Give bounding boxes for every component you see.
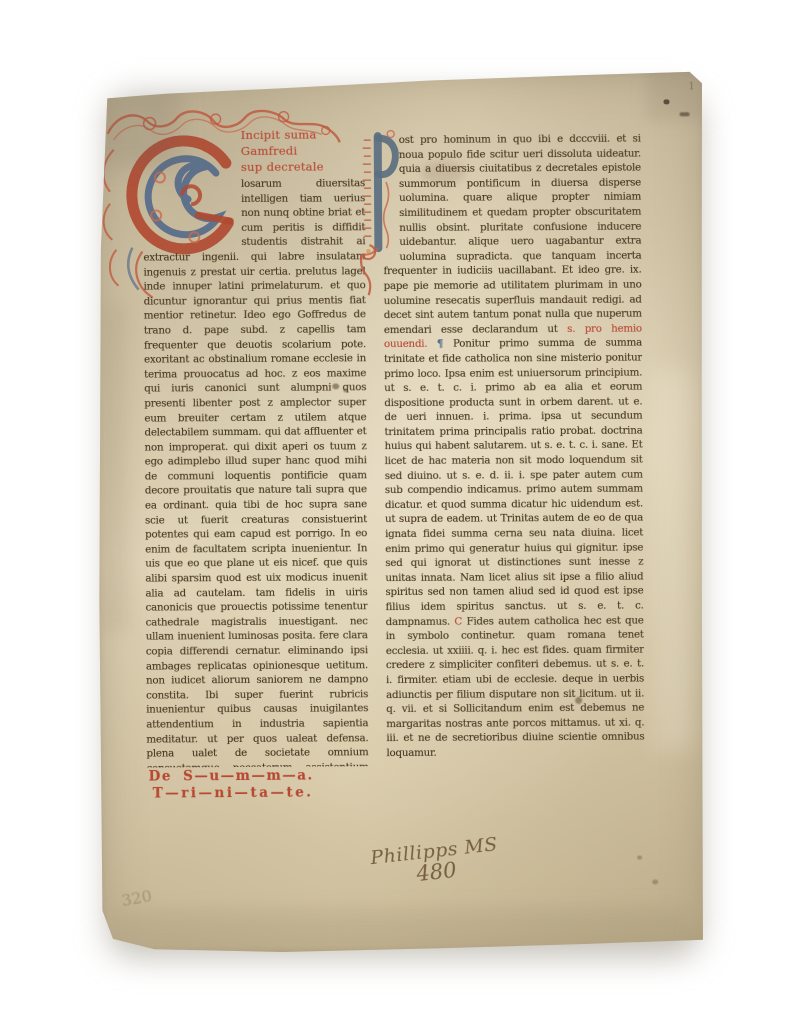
right-column-text: ost pro hominum in quo ibi e dcccviii. e… [383,133,644,760]
left-column-body-text: ingenii. qui labre insulatam ingenuis z … [143,250,368,767]
phillipps-inscription: Phillipps MS 480 [369,826,563,891]
explicit-line-1: De S—u—m—m—a. [149,767,384,785]
explicit-rubric: De S—u—m—m—a. T—ri—ni—ta—te. [149,767,384,802]
margin-highlight [652,369,694,749]
initial-P-spacer [383,133,400,255]
fold-shading [646,65,706,120]
folio-number: 1 [688,81,694,92]
stain-speck [637,856,642,860]
stain-mark [680,112,690,116]
stain-speck [652,879,658,884]
explicit-line-2: T—ri—ni—ta—te. [153,784,384,802]
auction-photo-canvas: { "leaf": { "folio_mark": "1", "rubric":… [0,0,799,1024]
text-column-right: ost pro hominum in quo ibi e dcccviii. e… [383,132,645,796]
initial-G-spacer [143,127,242,240]
manuscript-leaf: Incipit suma Gamfredi sup decretale losa… [94,69,709,955]
pencil-number: 320 [120,886,153,910]
text-column-left: Incipit suma Gamfredi sup decretale losa… [143,126,369,767]
bottom-discoloration [113,905,688,943]
stain-spot [663,99,669,104]
edge-discoloration [100,303,130,633]
